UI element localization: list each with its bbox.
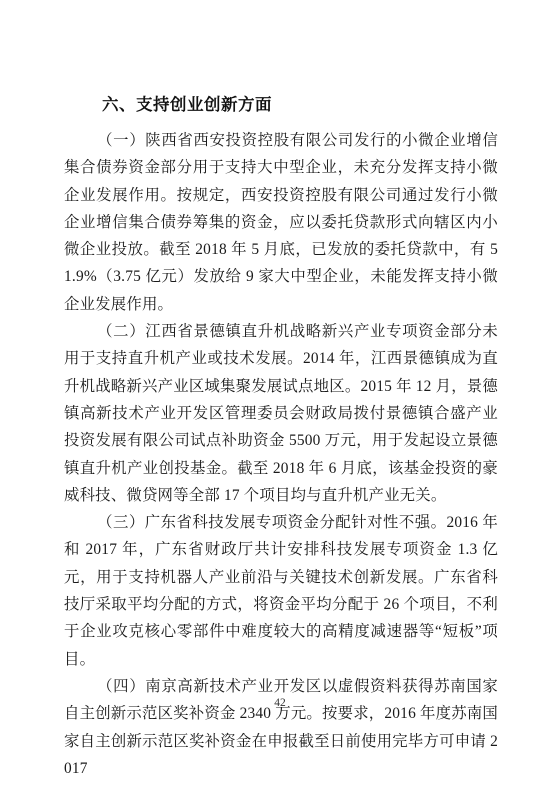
paragraph-2: （二）江西省景德镇直升机战略新兴产业专项资金部分未用于支持直升机产业或技术发展。… xyxy=(64,318,498,509)
paragraph-3: （三）广东省科技发展专项资金分配针对性不强。2016 年和 2017 年，广东省… xyxy=(64,509,498,673)
section-heading: 六、支持创业创新方面 xyxy=(64,94,498,116)
page-number: 42 xyxy=(0,697,560,709)
document-page: 六、支持创业创新方面 （一）陕西省西安投资控股有限公司发行的小微企业增信集合债券… xyxy=(0,0,560,791)
document-content: 六、支持创业创新方面 （一）陕西省西安投资控股有限公司发行的小微企业增信集合债券… xyxy=(64,94,498,782)
paragraph-1: （一）陕西省西安投资控股有限公司发行的小微企业增信集合债券资金部分用于支持大中型… xyxy=(64,127,498,318)
paragraph-4: （四）南京高新技术产业开发区以虚假资料获得苏南国家自主创新示范区奖补资金 234… xyxy=(64,673,498,782)
